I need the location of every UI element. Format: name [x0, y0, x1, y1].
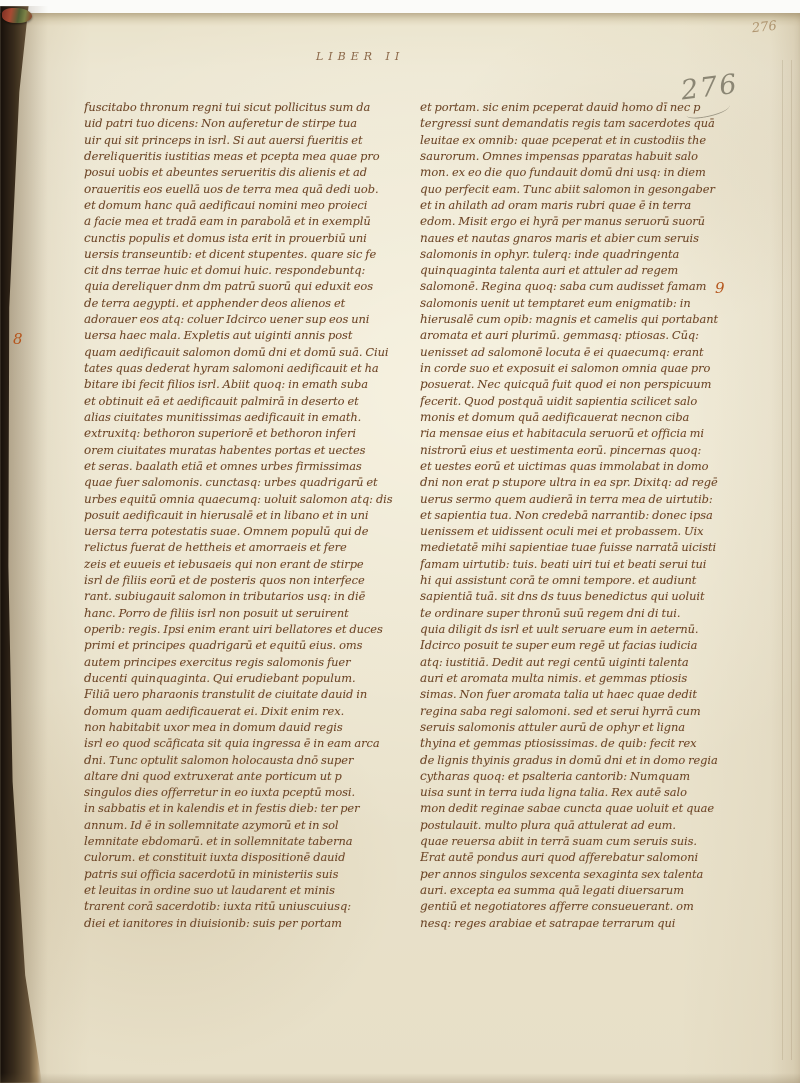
manuscript-line: salomonis in ophyr. tulerq: inde quadrin…: [420, 246, 753, 262]
manuscript-line: atq: iustitiā. Dedit aut regi centū uigi…: [420, 654, 753, 670]
manuscript-line: quam aedificauit salomon domū dni et dom…: [84, 344, 417, 360]
manuscript-line: lemnitate ebdomarū. et in sollemnitate t…: [84, 833, 417, 849]
manuscript-line: et sapientia tua. Non credebā narrantib:…: [420, 507, 753, 523]
manuscript-line: te ordinare super thronū suū regem dni d…: [420, 605, 753, 621]
manuscript-line: patris sui officia sacerdotū in minister…: [84, 866, 417, 882]
manuscript-line: uid patri tuo dicens: Non auferetur de s…: [84, 115, 417, 131]
manuscript-line: Erat autē pondus auri quod afferebatur s…: [420, 849, 753, 865]
manuscript-line: isrl de filiis eorū et de posteris quos …: [84, 572, 417, 588]
manuscript-line: diei et ianitores in diuisionib: suis pe…: [84, 915, 417, 931]
manuscript-line: mon. ex eo die quo fundauit domū dni usq…: [420, 164, 753, 180]
manuscript-line: nesq: reges arabiae et satrapae terrarum…: [420, 915, 753, 931]
manuscript-line: quia dereliquer dnm dm patrū suorū qui e…: [84, 278, 417, 294]
manuscript-line: domum quam aedificauerat ei. Dixit enim …: [84, 703, 417, 719]
manuscript-line: et in ahilath ad oram maris rubri quae ē…: [420, 197, 753, 213]
manuscript-photo: LIBER II 276 276 8 9 fuscitabo thronum r…: [0, 0, 800, 1083]
manuscript-line: trarent corā sacerdotib: iuxta ritū uniu…: [84, 898, 417, 914]
manuscript-line: cit dns terrae huic et domui huic. respo…: [84, 262, 417, 278]
manuscript-line: uisa sunt in terra iuda ligna talia. Rex…: [420, 784, 753, 800]
manuscript-line: extruxitq: bethoron superiorē et bethoro…: [84, 425, 417, 441]
manuscript-line: posuerat. Nec quicquā fuit quod ei non p…: [420, 376, 753, 392]
manuscript-line: autem principes exercitus regis salomoni…: [84, 654, 417, 670]
manuscript-line: dereliqueritis iustitias meas et pcepta …: [84, 148, 417, 164]
manuscript-line: quinquaginta talenta auri et attuler ad …: [420, 262, 753, 278]
chapter-number-8: 8: [13, 330, 23, 348]
manuscript-line: sapientiā tuā. sit dns ds tuus benedictu…: [420, 588, 753, 604]
manuscript-line: posui uobis et abeuntes serueritis dis a…: [84, 164, 417, 180]
manuscript-line: quia diligit ds isrl et uult seruare eum…: [420, 621, 753, 637]
manuscript-line: uenisset ad salomonē locuta ē ei quaecum…: [420, 344, 753, 360]
manuscript-line: aromata et auri plurimū. gemmasq: ptiosa…: [420, 327, 753, 343]
manuscript-line: dni. Tunc optulit salomon holocausta dnō…: [84, 752, 417, 768]
manuscript-line: et seras. baalath etiā et omnes urbes fi…: [84, 458, 417, 474]
manuscript-line: non habitabit uxor mea in domum dauid re…: [84, 719, 417, 735]
manuscript-line: rant. subiugauit salomon in tributarios …: [84, 588, 417, 604]
bottom-shadow: [0, 1073, 800, 1083]
manuscript-line: posuit aedificauit in hierusalē et in li…: [84, 507, 417, 523]
manuscript-line: auri et aromata multa nimis. et gemmas p…: [420, 670, 753, 686]
manuscript-line: de lignis thyinis gradus in domū dni et …: [420, 752, 753, 768]
manuscript-line: gentiū et negotiatores afferre consueuer…: [420, 898, 753, 914]
manuscript-line: Idcirco posuit te super eum regē ut faci…: [420, 637, 753, 653]
manuscript-line: et portam. sic enim pceperat dauid homo …: [420, 99, 753, 115]
manuscript-line: cytharas quoq: et psalteria cantorib: Nu…: [420, 768, 753, 784]
manuscript-line: dni non erat p stupore ultra in ea spr. …: [420, 474, 753, 490]
text-column-right: et portam. sic enim pceperat dauid homo …: [420, 99, 753, 931]
text-column-left: fuscitabo thronum regni tui sicut pollic…: [84, 99, 417, 931]
running-title: LIBER II: [316, 50, 404, 63]
manuscript-line: uir qui sit princeps in isrl. Si aut aue…: [84, 132, 417, 148]
manuscript-line: ria mensae eius et habitacula seruorū et…: [420, 425, 753, 441]
manuscript-line: orem ciuitates muratas habentes portas e…: [84, 442, 417, 458]
manuscript-line: quae fuer salomonis. cunctasq: urbes qua…: [84, 474, 417, 490]
photo-background-strip: [0, 0, 800, 14]
manuscript-line: uersa haec mala. Expletis aut uiginti an…: [84, 327, 417, 343]
manuscript-line: zeis et euueis et iebusaeis qui non eran…: [84, 556, 417, 572]
manuscript-line: de terra aegypti. et apphender deos alie…: [84, 295, 417, 311]
manuscript-line: et domum hanc quā aedificaui nomini meo …: [84, 197, 417, 213]
manuscript-line: in corde suo et exposuit ei salomon omni…: [420, 360, 753, 376]
manuscript-line: culorum. et constituit iuxta disposition…: [84, 849, 417, 865]
manuscript-line: saurorum. Omnes impensas pparatas habuit…: [420, 148, 753, 164]
page-edge-line: [791, 60, 792, 1060]
manuscript-line: simas. Non fuer aromata talia ut haec qu…: [420, 686, 753, 702]
manuscript-line: salomonis uenit ut temptaret eum enigmat…: [420, 295, 753, 311]
manuscript-line: auri. excepta ea summa quā legati diuers…: [420, 882, 753, 898]
manuscript-line: mon dedit reginae sabae cuncta quae uolu…: [420, 800, 753, 816]
manuscript-line: urbes equitū omnia quaecumq: uoluit salo…: [84, 491, 417, 507]
manuscript-line: singulos dies offerretur in eo iuxta pce…: [84, 784, 417, 800]
manuscript-line: operib: regis. Ipsi enim erant uiri bell…: [84, 621, 417, 637]
manuscript-line: a facie mea et tradā eam in parabolā et …: [84, 213, 417, 229]
manuscript-line: tergressi sunt demandatis regis tam sace…: [420, 115, 753, 131]
manuscript-line: thyina et gemmas ptiosissimas. de quib: …: [420, 735, 753, 751]
manuscript-line: primi et principes quadrigarū et equitū …: [84, 637, 417, 653]
manuscript-line: quo perfecit eam. Tunc abiit salomon in …: [420, 181, 753, 197]
manuscript-line: uenissem et uidissent oculi mei et proba…: [420, 523, 753, 539]
manuscript-line: quae reuersa abiit in terrā suam cum ser…: [420, 833, 753, 849]
manuscript-line: medietatē mihi sapientiae tuae fuisse na…: [420, 539, 753, 555]
manuscript-line: isrl eo quod scāficata sit quia ingressa…: [84, 735, 417, 751]
folio-number-ink: 276: [751, 19, 777, 37]
manuscript-line: fuscitabo thronum regni tui sicut pollic…: [84, 99, 417, 115]
manuscript-line: relictus fuerat de hettheis et amorraeis…: [84, 539, 417, 555]
manuscript-line: annum. Id ē in sollemnitate azymorū et i…: [84, 817, 417, 833]
manuscript-line: hanc. Porro de filiis isrl non posuit ut…: [84, 605, 417, 621]
manuscript-line: per annos singulos sexcenta sexaginta se…: [420, 866, 753, 882]
manuscript-line: alias ciuitates munitissimas aedificauit…: [84, 409, 417, 425]
manuscript-line: hi qui assistunt corā te omni tempore. e…: [420, 572, 753, 588]
headband: [2, 8, 32, 23]
manuscript-line: uersis transeuntib: et dicent stupentes.…: [84, 246, 417, 262]
manuscript-line: in sabbatis et in kalendis et in festis …: [84, 800, 417, 816]
manuscript-line: uersa terra potestatis suae. Omnem popul…: [84, 523, 417, 539]
manuscript-line: nistrorū eius et uestimenta eorū. pincer…: [420, 442, 753, 458]
manuscript-line: famam uirtutib: tuis. beati uiri tui et …: [420, 556, 753, 572]
manuscript-line: bitare ibi fecit filios isrl. Abiit quoq…: [84, 376, 417, 392]
manuscript-line: Filiā uero pharaonis transtulit de ciuit…: [84, 686, 417, 702]
manuscript-line: cunctis populis et domus ista erit in pr…: [84, 230, 417, 246]
manuscript-line: regina saba regi salomoni. sed et serui …: [420, 703, 753, 719]
manuscript-line: tates quas dederat hyram salomoni aedifi…: [84, 360, 417, 376]
manuscript-line: monis et domum quā aedificauerat necnon …: [420, 409, 753, 425]
manuscript-line: et obtinuit eā et aedificauit palmirā in…: [84, 393, 417, 409]
manuscript-line: et uestes eorū et uictimas quas immolaba…: [420, 458, 753, 474]
manuscript-line: ducenti quinquaginta. Qui erudiebant pop…: [84, 670, 417, 686]
manuscript-line: postulauit. multo plura quā attulerat ad…: [420, 817, 753, 833]
manuscript-line: uerus sermo quem audierā in terra mea de…: [420, 491, 753, 507]
manuscript-line: adorauer eos atq: coluer Idcirco uener s…: [84, 311, 417, 327]
manuscript-line: hierusalē cum opib: magnis et camelis qu…: [420, 311, 753, 327]
page-edge-line: [782, 60, 783, 1060]
manuscript-line: naues et nautas gnaros maris et abier cu…: [420, 230, 753, 246]
manuscript-line: salomonē. Regina quoq: saba cum audisset…: [420, 278, 753, 294]
manuscript-line: oraueritis eos euellā uos de terra mea q…: [84, 181, 417, 197]
manuscript-line: edom. Misit ergo ei hyrā per manus seruo…: [420, 213, 753, 229]
manuscript-line: leuitae ex omnib: quae pceperat et in cu…: [420, 132, 753, 148]
manuscript-line: et leuitas in ordine suo ut laudarent et…: [84, 882, 417, 898]
manuscript-line: fecerit. Quod postquā uidit sapientia sc…: [420, 393, 753, 409]
manuscript-line: seruis salomonis attuler aurū de ophyr e…: [420, 719, 753, 735]
manuscript-line: altare dni quod extruxerat ante porticum…: [84, 768, 417, 784]
